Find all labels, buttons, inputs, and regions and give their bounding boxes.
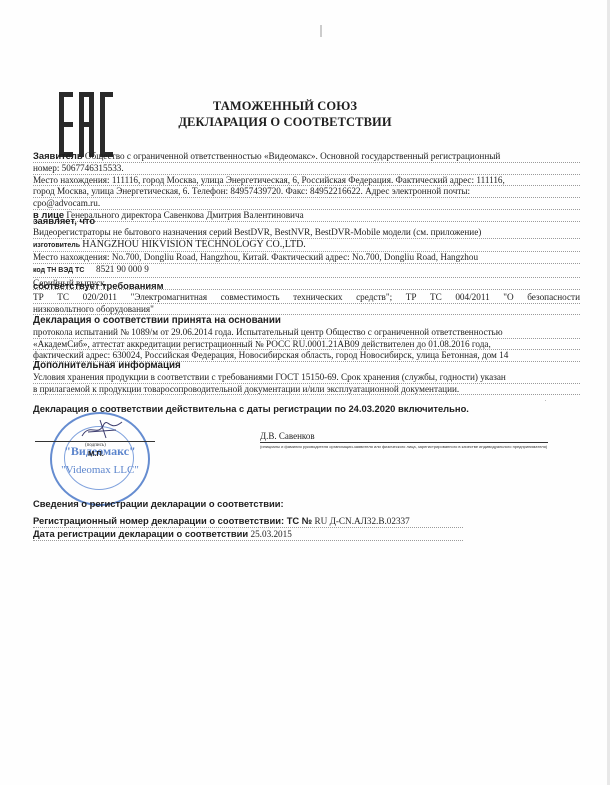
applicant-address-1: Место нахождения: 111116, город Москва, … (33, 175, 505, 185)
document-title: ТАМОЖЕННЫЙ СОЮЗ ДЕКЛАРАЦИЯ О СООТВЕТСТВИ… (165, 98, 405, 130)
product-description: Видеорегистраторы не бытового назначения… (33, 227, 481, 237)
registration-date-label: Дата регистрации декларации о соответств… (33, 528, 248, 539)
basis-line-3: фактический адрес: 630024, Российская Фе… (33, 350, 508, 360)
requirements-line-2: низковольтного оборудования" (33, 304, 154, 314)
applicant-label: Заявитель (33, 151, 83, 161)
registration-number-label: Регистрационный номер декларации о соотв… (33, 515, 312, 526)
applicant-section: Заявитель Общество с ограниченной ответс… (33, 151, 580, 222)
code-label: код ТН ВЭД ТС (33, 266, 96, 277)
basis-label: Декларация о соответствии принята на осн… (33, 315, 281, 326)
signer-name: Д.В. Савенков (260, 431, 315, 441)
registration-number: RU Д-CN.АЛ32.В.02337 (315, 516, 410, 526)
signature-line (35, 441, 155, 442)
registration-date: 25.03.2015 (250, 529, 291, 539)
declares-section: заявляет, что Видеорегистраторы не бытов… (33, 216, 580, 290)
additional-info-section: Дополнительная информация Условия хранен… (33, 360, 580, 395)
additional-label: Дополнительная информация (33, 360, 181, 371)
requirements-section: соответствует требованиям ТР ТС 020/2011… (33, 281, 580, 315)
registration-section: Сведения о регистрации декларации о соот… (33, 498, 463, 541)
applicant-regnum: номер: 5067746315533. (33, 163, 124, 173)
additional-line-2: в прилагаемой к продукции товаросопровод… (33, 384, 459, 394)
signer-line (260, 442, 548, 443)
signature-icon (80, 418, 125, 440)
additional-line-1: Условия хранения продукции в соответстви… (33, 372, 506, 382)
applicant-address-2: город Москва, улица Энергетическая, 6. Т… (33, 186, 470, 196)
title-line-1: ТАМОЖЕННЫЙ СОЮЗ (165, 98, 405, 114)
declares-label: заявляет, что (33, 215, 95, 226)
stamp-text-en: "Videomax LLC" (52, 464, 148, 476)
basis-line-1: протокола испытаний № 1089/м от 29.06.20… (33, 327, 503, 337)
signer-note: (инициалы и фамилия руководителя организ… (260, 444, 550, 449)
manufacturer-name: HANGZHOU HIKVISION TECHNOLOGY CO.,LTD. (82, 239, 306, 250)
requirements-label: соответствует требованиям (33, 280, 164, 291)
registration-title: Сведения о регистрации декларации о соот… (33, 498, 284, 509)
basis-section: Декларация о соответствии принята на осн… (33, 315, 580, 362)
signature-caption: (подпись) (85, 443, 106, 448)
basis-line-2: «АкадемСиб», аттестат аккредитации регис… (33, 339, 491, 349)
declaration-page: ТАМОЖЕННЫЙ СОЮЗ ДЕКЛАРАЦИЯ О СООТВЕТСТВИ… (0, 0, 610, 785)
eac-logo-icon (59, 92, 113, 157)
hs-code: 8521 90 000 9 (96, 264, 149, 274)
requirements-line-1: ТР ТС 020/2011 "Электромагнитная совмест… (33, 292, 580, 302)
title-line-2: ДЕКЛАРАЦИЯ О СООТВЕТСТВИИ (165, 114, 405, 130)
applicant-text: Общество с ограниченной ответственностью… (85, 151, 500, 161)
applicant-email: cpo@advocam.ru. (33, 198, 100, 208)
manufacturer-address: Место нахождения: No.700, Dongliu Road, … (33, 252, 478, 262)
manufacturer-label: изготовитель (33, 242, 80, 249)
stamp-place-mark: М.П. (88, 449, 104, 458)
